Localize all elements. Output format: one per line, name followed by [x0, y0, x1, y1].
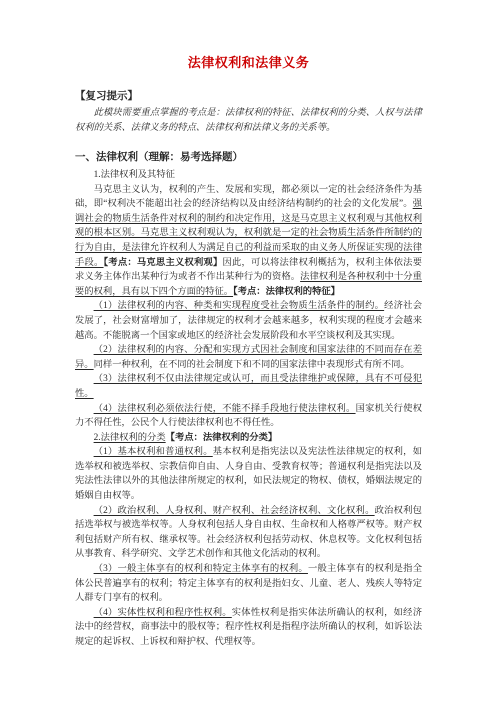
paragraph: （3）一般主体享有的权利和特定主体享有的权利。一般主体享有的权利是指全体公民普遍… — [75, 562, 422, 606]
text-run: （2）政治权利、人身权利、财产权利、社会经济权利、文化权利。 — [94, 506, 375, 516]
section-heading: 一、法律权利（理解：易考选择题） — [75, 151, 422, 165]
document-paragraphs: 马克思主义认为，权利的产生、发展和实现，都必须以一定的社会经济条件为基础，即“权… — [75, 183, 422, 650]
page-title: 法律权利和法律义务 — [75, 54, 422, 71]
text-run: （4）实体性权利和程序性权利。 — [94, 608, 232, 618]
paragraph: （3）法律权利不仅由法律规定或认可，而且受法律维护或保障，具有不可侵犯性。 — [75, 372, 422, 401]
text-run: （1）法律权利的内容、种类和实现程度受社会物质生活条件的制约。 — [94, 301, 385, 311]
subsection-heading: 1.法律权利及其特征 — [75, 168, 422, 183]
paragraph: （4）法律权利必须依法行使，不能不择手段地行使法律权利。国家机关行使权力不得任性… — [75, 402, 422, 431]
paragraph: （2）政治权利、人身权利、财产权利、社会经济权利、文化权利。政治权利包括选举权与… — [75, 504, 422, 562]
document-content: 法律权利和法律义务 【复习提示】 此模块需要重点掌握的考点是：法律权利的特征、法… — [0, 54, 496, 650]
paragraph: （1）基本权利和普通权利。基本权利是指宪法以及宪法性法律规定的权利，如选举权和被… — [75, 445, 422, 503]
paragraph: （4）实体性权利和程序性权利。实体性权利是指实体法所确认的权利，如经济法中的经营… — [75, 606, 422, 650]
paragraph: （1）法律权利的内容、种类和实现程度受社会物质生活条件的制约。经济社会发展了，社… — [75, 299, 422, 343]
text-run: （3）一般主体享有的权利和特定主体享有的权利。 — [94, 564, 308, 574]
text-run: （4）法律权利必须依法行使，不能不择手段地行使法律权利。 — [94, 404, 356, 414]
paragraph: （2）法律权利的内容、分配和实现方式因社会制度和国家法律的不同而存在差异。同样一… — [75, 343, 422, 372]
review-tip-header: 【复习提示】 — [75, 90, 422, 104]
paragraph: 2.法律权利的分类【考点：法律权利的分类】 — [75, 431, 422, 446]
text-run: 【考点：法律权利的分类】 — [166, 433, 278, 443]
review-tip-note: 此模块需要重点掌握的考点是：法律权利的特征、法律权利的分类、人权与法律权利的关系… — [75, 106, 422, 136]
text-run: （1）基本权利和普通权利。 — [94, 447, 213, 457]
document-page: 法律权利和法律义务 【复习提示】 此模块需要重点掌握的考点是：法律权利的特征、法… — [0, 0, 496, 702]
text-run: 【考点：马克思主义权利观】 — [104, 258, 223, 268]
text-run: 同样一种权利，在不同的社会制度下和不同的国家法律中表现形式有所不同。 — [94, 360, 410, 370]
text-run: 马克思主义认为，权利的产生、发展和实现，都必须以一定的社会经济条件为基础，即“权… — [75, 185, 422, 210]
text-run: 2.法律权利的分类 — [94, 433, 166, 443]
text-run: 【考点：法律权利的特征】 — [233, 287, 340, 297]
text-run: （3）法律权利不仅由法律规定或认可，而且受法律维护或保障，具有不可侵犯性。 — [75, 374, 422, 399]
paragraph: 马克思主义认为，权利的产生、发展和实现，都必须以一定的社会经济条件为基础，即“权… — [75, 183, 422, 300]
